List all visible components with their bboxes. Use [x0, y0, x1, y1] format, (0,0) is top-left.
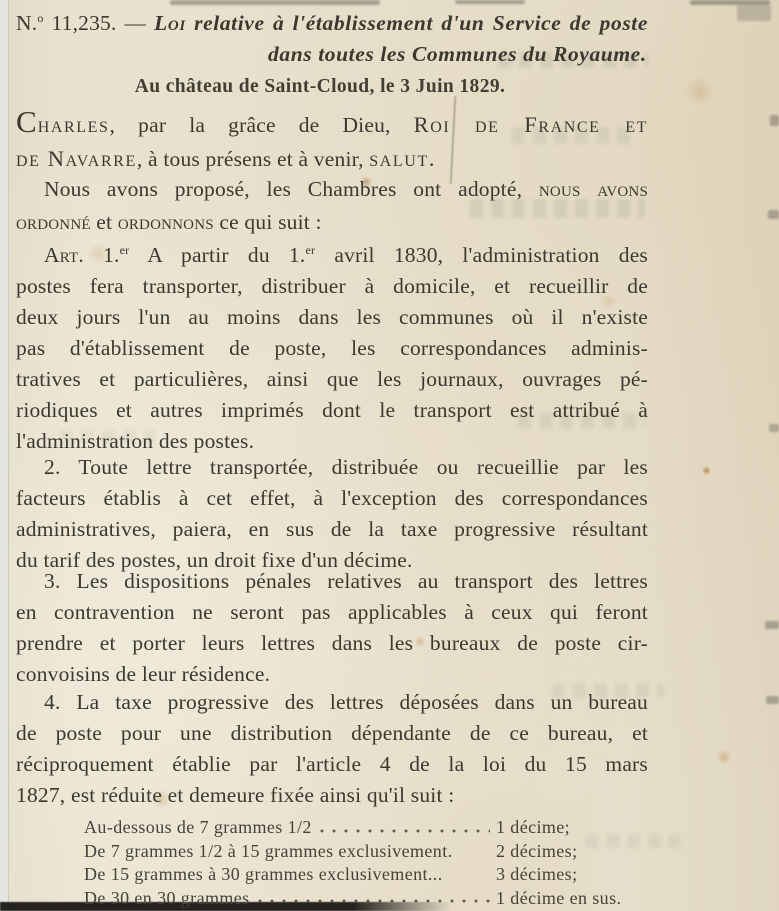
tariff-row: De 15 grammes à 30 grammes exclusivement…: [84, 863, 664, 887]
text-line: facteurs établis à cet effet, à l'except…: [16, 483, 648, 514]
edge-ink-fragment: [170, 0, 380, 5]
text-line: 3. Les dispositions pénales relatives au…: [16, 566, 648, 597]
text-line: de Navarre, à tous présens et à venir, s…: [16, 142, 648, 176]
paper-stain: [682, 78, 716, 104]
edge-ink-fragment: [455, 0, 525, 4]
text-line: riodiques et autres imprimés dont le tra…: [16, 395, 648, 426]
tariff-price: 1 décime en sus.: [496, 887, 664, 911]
edge-ink-fragment: [737, 5, 771, 21]
text-line: Charles, par la grâce de Dieu, Roi de Fr…: [16, 105, 648, 142]
text-line: deux jours l'un au moins dans les commun…: [16, 302, 648, 333]
preamble-paragraph: Nous avons proposé, les Chambres ont ado…: [16, 173, 648, 239]
tariff-weight-range: De 30 en 30 grammes: [84, 887, 250, 911]
text-line: ordonné et ordonnons ce qui suit :: [16, 206, 648, 239]
tariff-table: Au-dessous de 7 grammes 1/21 décime;De 7…: [84, 816, 664, 910]
text-line: pas d'établissement de poste, les corres…: [16, 333, 648, 364]
article-4-paragraph: 4. La taxe progressive des lettres dépos…: [16, 687, 648, 811]
edge-ink-fragment: [765, 621, 779, 629]
text-line: Art. 1.er A partir du 1.er avril 1830, l…: [16, 240, 648, 271]
text-line: de poste pour une distribution dépendant…: [16, 718, 648, 749]
text-line: 4. La taxe progressive des lettres dépos…: [16, 687, 648, 718]
text-line: tratives et particulières, ainsi que les…: [16, 364, 648, 395]
tariff-weight-range: Au-dessous de 7 grammes 1/2: [84, 816, 312, 840]
tariff-price: 2 décimes;: [496, 840, 664, 864]
dateline: Au château de Saint-Cloud, le 3 Juin 182…: [30, 76, 610, 98]
scanner-edge-left: [0, 0, 9, 911]
text-line: en contravention ne seront pas applicabl…: [16, 597, 648, 628]
paper-stain: [702, 466, 711, 475]
text-line: Nous avons proposé, les Chambres ont ado…: [16, 173, 648, 206]
tariff-row: De 30 en 30 grammes1 décime en sus.: [84, 887, 664, 911]
dot-leader: [254, 887, 490, 911]
text-line: 2. Toute lettre transportée, distribuée …: [16, 452, 648, 483]
edge-ink-fragment: [769, 424, 779, 432]
dot-leader: [316, 816, 490, 840]
text-line: réciproquement établie par l'article 4 d…: [16, 749, 648, 780]
article-1-paragraph: Art. 1.er A partir du 1.er avril 1830, l…: [16, 240, 648, 457]
law-title-line2: dans toutes les Communes du Royaume.: [16, 39, 648, 70]
text-line: 1827, est réduite et demeure fixée ainsi…: [16, 780, 648, 811]
tariff-row: De 7 grammes 1/2 à 15 grammes exclusivem…: [84, 840, 664, 864]
law-number-title-line: N.o 11,235. — Loi relative à l'établisse…: [16, 8, 648, 39]
text-line: dans toutes les Communes du Royaume.: [16, 39, 648, 70]
paper-stain: [716, 750, 732, 764]
text-line: prendre et porter leurs lettres dans les…: [16, 628, 648, 659]
edge-ink-fragment: [770, 115, 779, 126]
text-line: N.o 11,235. — Loi relative à l'établisse…: [16, 8, 648, 39]
tariff-price: 1 décime;: [496, 816, 664, 840]
text-line: administratives, paiera, en sus de la ta…: [16, 514, 648, 545]
text-line: postes fera transporter, distribuer à do…: [16, 271, 648, 302]
text-line: convoisins de leur résidence.: [16, 659, 648, 690]
scanned-document-page: N.o 11,235. — Loi relative à l'établisse…: [0, 0, 779, 911]
tariff-row: Au-dessous de 7 grammes 1/21 décime;: [84, 816, 664, 840]
tariff-weight-range: De 15 grammes à 30 grammes exclusivement…: [84, 863, 443, 887]
tariff-price: 3 décimes;: [496, 863, 664, 887]
dot-leader: [447, 863, 490, 887]
edge-ink-fragment: [766, 696, 779, 704]
article-3-paragraph: 3. Les dispositions pénales relatives au…: [16, 566, 648, 690]
tariff-weight-range: De 7 grammes 1/2 à 15 grammes exclusivem…: [84, 840, 453, 864]
edge-ink-fragment: [768, 210, 779, 219]
article-2-paragraph: 2. Toute lettre transportée, distribuée …: [16, 452, 648, 576]
royal-salutation-paragraph: Charles, par la grâce de Dieu, Roi de Fr…: [16, 105, 648, 176]
dot-leader: [457, 840, 490, 864]
